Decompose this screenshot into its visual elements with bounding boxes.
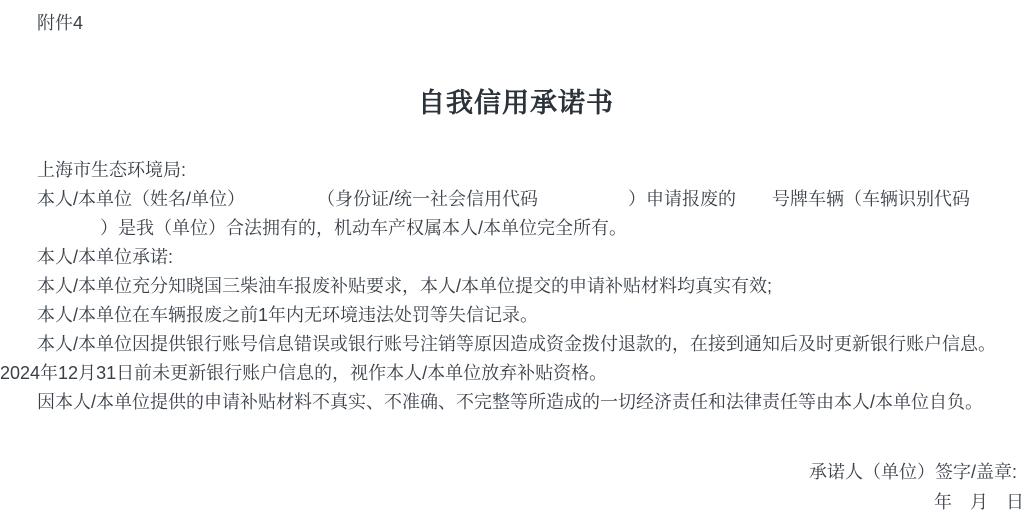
document-line-promise-1: 本人/本单位充分知晓国三柴油车报废补贴要求，本人/本单位提交的申请补贴材料均真实… <box>0 272 1032 301</box>
document-line-promise-2: 本人/本单位在车辆报废之前1年内无环境违法处罚等失信记录。 <box>0 301 1032 330</box>
document-line-liability: 因本人/本单位提供的申请补贴材料不真实、不准确、不完整等所造成的一切经济责任和法… <box>0 388 1032 417</box>
document-line-promise-3: 本人/本单位因提供银行账号信息错误或银行账号注销等原因造成资金拨付退款的，在接到… <box>0 330 1032 359</box>
attachment-label: 附件4 <box>37 9 83 35</box>
document-title: 自我信用承诺书 <box>0 81 1032 120</box>
document-line-applicant-info: 本人/本单位（姓名/单位） （身份证/统一社会信用代码 ）申请报废的 号牌车辆（… <box>0 185 1032 214</box>
document-line-ownership: ）是我（单位）合法拥有的，机动车产权属本人/本单位完全所有。 <box>0 214 1032 243</box>
document-body: 上海市生态环境局: 本人/本单位（姓名/单位） （身份证/统一社会信用代码 ）申… <box>0 156 1032 417</box>
document-line-promise-heading: 本人/本单位承诺: <box>0 243 1032 272</box>
signature-line: 承诺人（单位）签字/盖章: <box>809 458 1017 484</box>
date-line: 年 月 日 <box>934 488 1024 514</box>
document-line-promise-3-continued: 2024年12月31日前未更新银行账户信息的，视作本人/本单位放弃补贴资格。 <box>0 359 1032 388</box>
document-line-salutation: 上海市生态环境局: <box>0 156 1032 185</box>
